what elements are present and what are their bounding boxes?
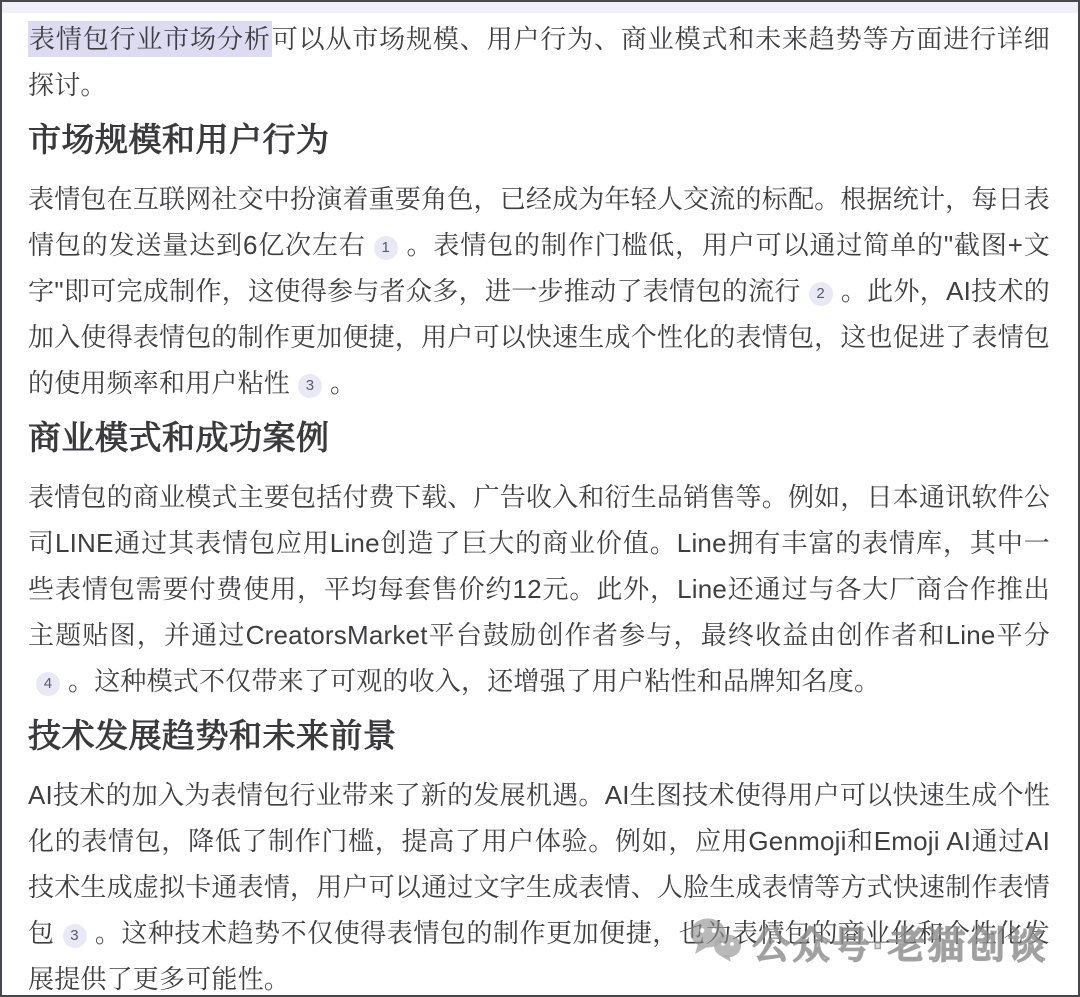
paragraph-text: 。 [330,368,356,398]
section-paragraph: 表情包的商业模式主要包括付费下载、广告收入和衍生品销售等。例如，日本通讯软件公司… [28,474,1050,704]
section-heading: 商业模式和成功案例 [28,416,1050,460]
section-heading: 技术发展趋势和未来前景 [28,714,1050,758]
highlighted-text: 表情包行业市场分析 [28,21,272,57]
citation-badge[interactable]: 1 [374,236,398,260]
section-paragraph: AI技术的加入为表情包行业带来了新的发展机遇。AI生图技术使得用户可以快速生成个… [28,772,1050,997]
paragraph-text: 表情包的商业模式主要包括付费下载、广告收入和衍生品销售等。例如，日本通讯软件公司… [28,482,1050,650]
paragraph-text: 。这种技术趋势不仅使得表情包的制作更加便捷，也为表情包的商业化和个性化发展提供了… [28,918,1050,994]
intro-paragraph: 表情包行业市场分析可以从市场规模、用户行为、商业模式和未来趋势等方面进行详细探讨… [28,16,1050,108]
section-heading: 市场规模和用户行为 [28,118,1050,162]
citation-badge[interactable]: 2 [809,282,833,306]
document-frame: 表情包行业市场分析可以从市场规模、用户行为、商业模式和未来趋势等方面进行详细探讨… [0,0,1080,997]
sections-container: 市场规模和用户行为表情包在互联网社交中扮演着重要角色，已经成为年轻人交流的标配。… [28,118,1050,997]
paragraph-text: 。这种模式不仅带来了可观的收入，还增强了用户粘性和品牌知名度。 [68,666,880,696]
section-paragraph: 表情包在互联网社交中扮演着重要角色，已经成为年轻人交流的标配。根据统计，每日表情… [28,176,1050,406]
citation-badge[interactable]: 4 [36,672,60,696]
article-content: 表情包行业市场分析可以从市场规模、用户行为、商业模式和未来趋势等方面进行详细探讨… [2,2,1078,997]
citation-badge[interactable]: 3 [63,924,87,948]
citation-badge[interactable]: 3 [298,374,322,398]
